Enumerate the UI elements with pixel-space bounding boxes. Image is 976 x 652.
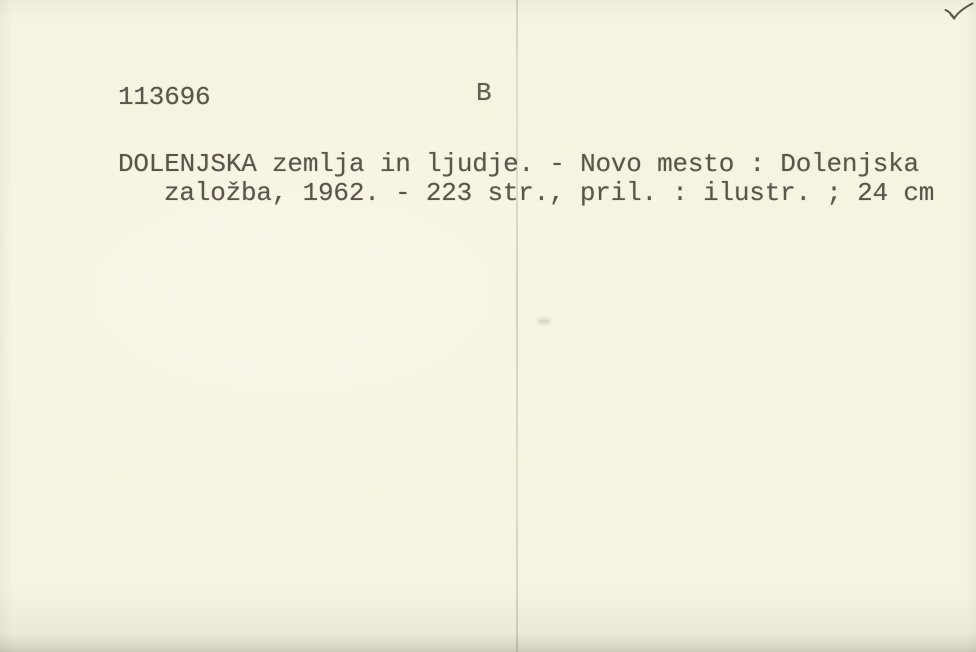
checkmark-icon — [944, 2, 974, 24]
smudge-mark — [537, 318, 551, 324]
catalog-entry: DOLENJSKA zemlja in ljudje. - Novo mesto… — [118, 150, 934, 208]
accession-number: 113696 — [118, 82, 210, 112]
entry-line-1: DOLENJSKA zemlja in ljudje. - Novo mesto… — [118, 150, 934, 179]
entry-line-2: založba, 1962. - 223 str., pril. : ilust… — [118, 179, 934, 208]
catalog-card: 113696 B DOLENJSKA zemlja in ljudje. - N… — [0, 0, 976, 652]
classification-letter: B — [476, 78, 491, 108]
fold-crease-line — [516, 0, 518, 652]
